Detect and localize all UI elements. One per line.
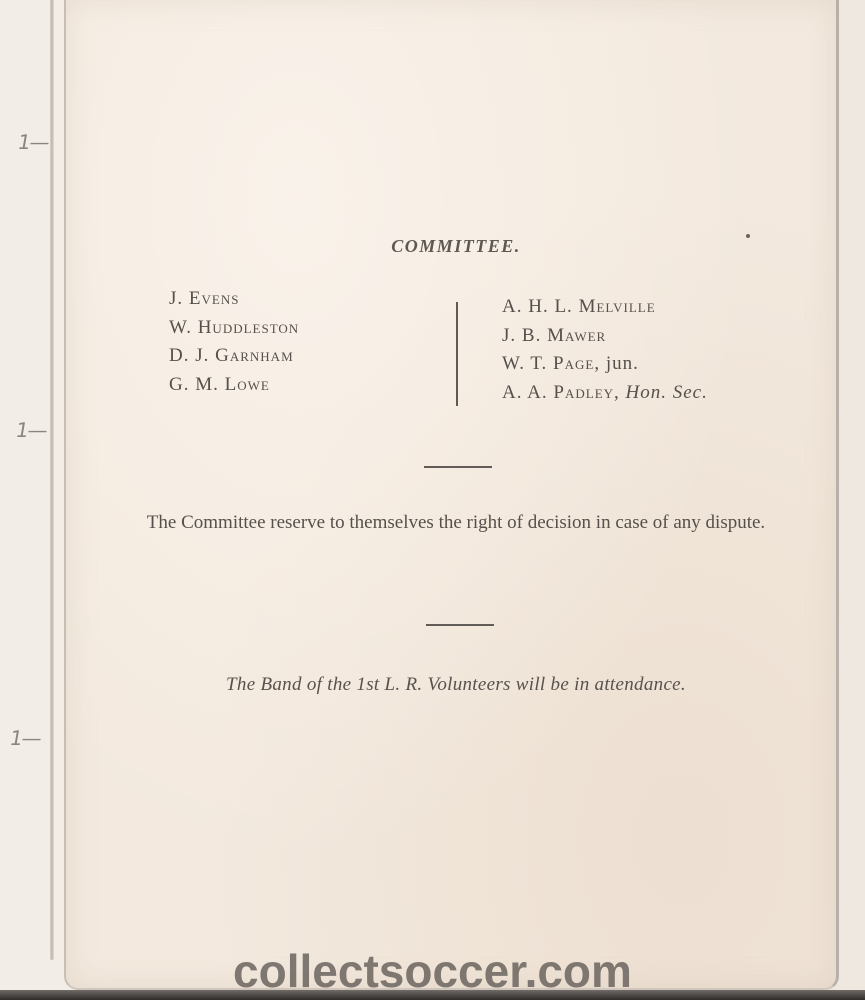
committee-member: W. T. Page, jun. [502, 350, 708, 379]
committee-member: G. M. Lowe [169, 371, 299, 400]
paper-speck [746, 234, 750, 238]
committee-member: A. H. L. Melville [502, 293, 708, 322]
band-attendance-note: The Band of the 1st L. R. Volunteers wil… [106, 674, 806, 696]
section-rule [426, 624, 494, 626]
committee-member: D. J. Garnham [169, 342, 299, 371]
scan-bottom-edge [0, 990, 865, 1000]
committee-member: J. Evens [169, 285, 299, 314]
scanned-page-stage: 1— 1— 1— COMMITTEE. J. Evens W. Huddlest… [0, 0, 865, 1000]
honorary-secretary-label: Hon. Sec. [626, 382, 708, 403]
programme-page: COMMITTEE. J. Evens W. Huddleston D. J. … [64, 0, 839, 990]
committee-member: A. A. Padley, Hon. Sec. [502, 379, 708, 408]
committee-member: J. B. Mawer [502, 322, 708, 351]
margin-pencil-mark: 1— [8, 726, 43, 750]
committee-member: W. Huddleston [169, 314, 299, 343]
committee-left-column: J. Evens W. Huddleston D. J. Garnham G. … [169, 285, 299, 399]
page-content: COMMITTEE. J. Evens W. Huddleston D. J. … [66, 0, 836, 988]
column-divider [456, 302, 458, 406]
dispute-notice: The Committee reserve to themselves the … [106, 508, 806, 538]
margin-pencil-mark: 1— [16, 130, 51, 154]
margin-pencil-mark: 1— [14, 418, 49, 442]
committee-right-column: A. H. L. Melville J. B. Mawer W. T. Page… [502, 293, 708, 407]
section-rule [424, 466, 492, 468]
watermark: collectsoccer.com [0, 948, 865, 994]
right-page-strip [836, 0, 865, 1000]
committee-heading: COMMITTEE. [66, 236, 836, 257]
underlying-page-edge [50, 0, 54, 960]
